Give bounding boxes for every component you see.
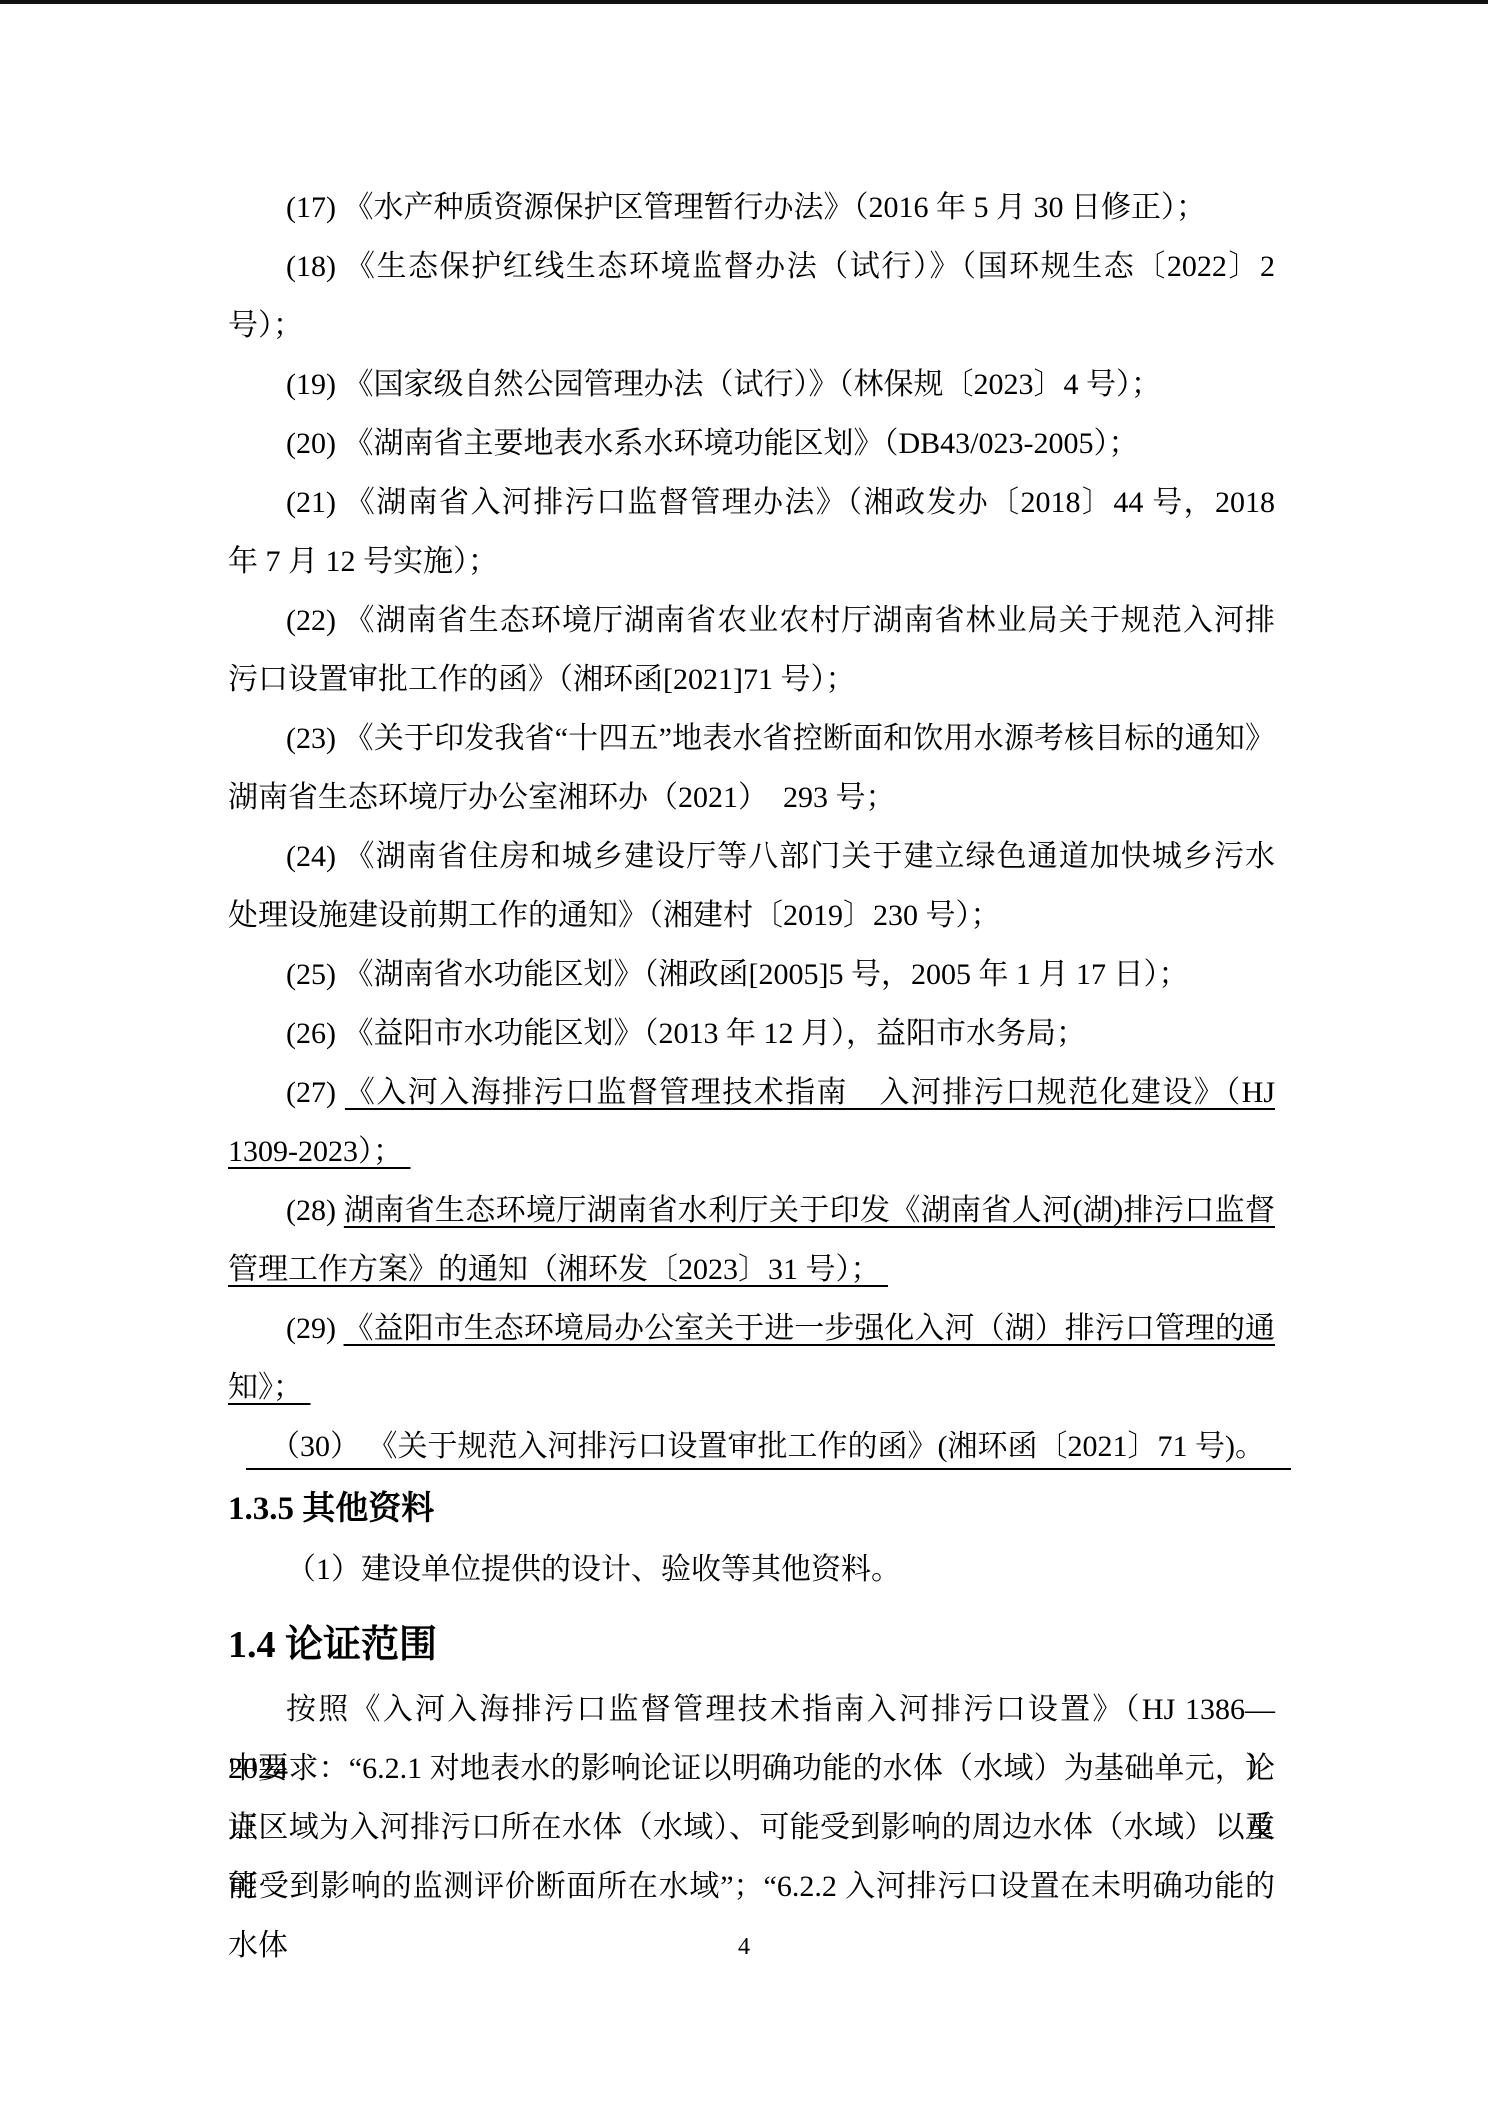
line-text: 污口设置审批工作的函》（湘环函[2021]71 号）； [228, 663, 855, 696]
list-item-marker: (26) [286, 1017, 343, 1050]
reference-item-line: (22) 《湖南省生态环境厅湖南省农业农村厅湖南省林业局关于规范入河排 [228, 591, 1275, 650]
reference-item-30: （30） 《关于规范入河排污口设置审批工作的函》(湘环函〔2021〕71 号)。 [228, 1417, 1275, 1476]
line-text: 《生态保护红线生态环境监督办法（试行）》（国环规生态〔2022〕2 [345, 250, 1275, 283]
list-item-marker: (25) [286, 958, 343, 991]
section-heading-1-3-5: 1.3.5 其他资料 [228, 1478, 1275, 1540]
line-text: 《湖南省生态环境厅湖南省农业农村厅湖南省林业局关于规范入河排 [345, 604, 1275, 637]
list-item-marker: (23) [286, 722, 344, 755]
reference-item-line: (17) 《水产种质资源保护区管理暂行办法》（2016 年 5 月 30 日修正… [228, 178, 1275, 237]
paragraph-line: 能受到影响的监测评价断面所在水域”；“6.2.2 入河排污口设置在未明确功能的水… [228, 1857, 1275, 1916]
line-text: 管理工作方案》的通知（湘环发〔2023〕31 号）； [228, 1253, 888, 1286]
section-heading-1-4: 1.4 论证范围 [228, 1610, 1275, 1680]
reference-item-line: (28) 湖南省生态环境厅湖南省水利厅关于印发《湖南省人河(湖)排污口监督 [228, 1181, 1275, 1240]
reference-item-line: (24) 《湖南省住房和城乡建设厅等八部门关于建立绿色通道加快城乡污水 [228, 827, 1275, 886]
list-item-marker: (22) [286, 604, 345, 637]
reference-item-continuation: 年 7 月 12 号实施）； [228, 532, 1275, 591]
reference-item-continuation: 处理设施建设前期工作的通知》（湘建村〔2019〕230 号）； [228, 886, 1275, 945]
line-text: 《湖南省住房和城乡建设厅等八部门关于建立绿色通道加快城乡污水 [345, 840, 1275, 873]
line-text: 《湖南省主要地表水系水环境功能区划》（DB43/023-2005）； [343, 427, 1138, 460]
line-text: 知》； [228, 1371, 311, 1404]
line-text: 《入河入海排污口监督管理技术指南 入河排污口规范化建设》（HJ [345, 1076, 1275, 1109]
page-number: 4 [0, 1932, 1488, 1962]
line-text: 《水产种质资源保护区管理暂行办法》（2016 年 5 月 30 日修正）； [343, 191, 1206, 224]
line-text: 《益阳市水功能区划》（2013 年 12 月），益阳市水务局； [343, 1017, 1086, 1050]
line-text: 处理设施建设前期工作的通知》（湘建村〔2019〕230 号）； [228, 899, 1001, 932]
line-text: （1）建设单位提供的设计、验收等其他资料。 [286, 1553, 901, 1586]
paragraph-line: 点区域为入河排污口所在水体（水域）、可能受到影响的周边水体（水域）以及可 [228, 1798, 1275, 1857]
line-text: 《益阳市生态环境局办公室关于进一步强化入河（湖）排污口管理的通 [344, 1312, 1275, 1345]
line-text: 湖南省生态环境厅办公室湘环办（2021） 293 号； [228, 781, 896, 814]
page-top-border [0, 0, 1488, 4]
list-item-marker: (19) [286, 368, 343, 401]
reference-item-line: (29) 《益阳市生态环境局办公室关于进一步强化入河（湖）排污口管理的通 [228, 1299, 1275, 1358]
line-text: 号）； [228, 309, 303, 342]
reference-item-line: (23) 《关于印发我省“十四五”地表水省控断面和饮用水源考核目标的通知》 [228, 709, 1275, 768]
list-item-marker: (27) [286, 1076, 345, 1109]
document-body: (17) 《水产种质资源保护区管理暂行办法》（2016 年 5 月 30 日修正… [228, 178, 1275, 1916]
reference-item-line: (18) 《生态保护红线生态环境监督办法（试行）》（国环规生态〔2022〕2 [228, 237, 1275, 296]
list-item-marker: (29) [286, 1312, 344, 1345]
list-item-marker: (24) [286, 840, 345, 873]
reference-item-line: (25) 《湖南省水功能区划》（湘政函[2005]5 号，2005 年 1 月 … [228, 945, 1275, 1004]
line-text: 《湖南省水功能区划》（湘政函[2005]5 号，2005 年 1 月 17 日）… [343, 958, 1188, 991]
paragraph-line: 按照《入河入海排污口监督管理技术指南入河排污口设置》（HJ 1386—2024） [228, 1680, 1275, 1739]
reference-item-line: (26) 《益阳市水功能区划》（2013 年 12 月），益阳市水务局； [228, 1004, 1275, 1063]
list-item-marker: (20) [286, 427, 343, 460]
paragraph-line: 中要求：“6.2.1 对地表水的影响论证以明确功能的水体（水域）为基础单元，论证… [228, 1739, 1275, 1798]
line-text: 《关于印发我省“十四五”地表水省控断面和饮用水源考核目标的通知》 [344, 722, 1275, 755]
line-text: 1.4 论证范围 [228, 1624, 437, 1666]
reference-item-continuation: 1309-2023）； [228, 1122, 1275, 1181]
line-text: 1309-2023）； [228, 1135, 411, 1168]
list-item-marker: (18) [286, 250, 345, 283]
reference-item-line: (19) 《国家级自然公园管理办法（试行）》（林保规〔2023〕4 号）； [228, 355, 1275, 414]
reference-item-continuation: 管理工作方案》的通知（湘环发〔2023〕31 号）； [228, 1240, 1275, 1299]
list-item-marker: (17) [286, 191, 343, 224]
reference-item-line: (20) 《湖南省主要地表水系水环境功能区划》（DB43/023-2005）； [228, 414, 1275, 473]
reference-item-continuation: 污口设置审批工作的函》（湘环函[2021]71 号）； [228, 650, 1275, 709]
line-text: 湖南省生态环境厅湖南省水利厅关于印发《湖南省人河(湖)排污口监督 [344, 1194, 1275, 1227]
reference-item-continuation: 号）； [228, 296, 1275, 355]
line-text: 《湖南省入河排污口监督管理办法》（湘政发办〔2018〕44 号，2018 [345, 486, 1275, 519]
reference-item-line: (27) 《入河入海排污口监督管理技术指南 入河排污口规范化建设》（HJ [228, 1063, 1275, 1122]
line-text: 《国家级自然公园管理办法（试行）》（林保规〔2023〕4 号）； [343, 368, 1161, 401]
paragraph-line: （1）建设单位提供的设计、验收等其他资料。 [228, 1540, 1275, 1599]
reference-item-continuation: 湖南省生态环境厅办公室湘环办（2021） 293 号； [228, 768, 1275, 827]
line-text: （30） 《关于规范入河排污口设置审批工作的函》(湘环函〔2021〕71 号)。 [270, 1430, 1265, 1463]
reference-item-continuation: 知》； [228, 1358, 1275, 1417]
line-text: 1.3.5 其他资料 [228, 1491, 434, 1527]
list-item-marker: (21) [286, 486, 345, 519]
reference-item-line: (21) 《湖南省入河排污口监督管理办法》（湘政发办〔2018〕44 号，201… [228, 473, 1275, 532]
list-item-marker: (28) [286, 1194, 344, 1227]
line-text: 年 7 月 12 号实施）； [228, 545, 498, 578]
